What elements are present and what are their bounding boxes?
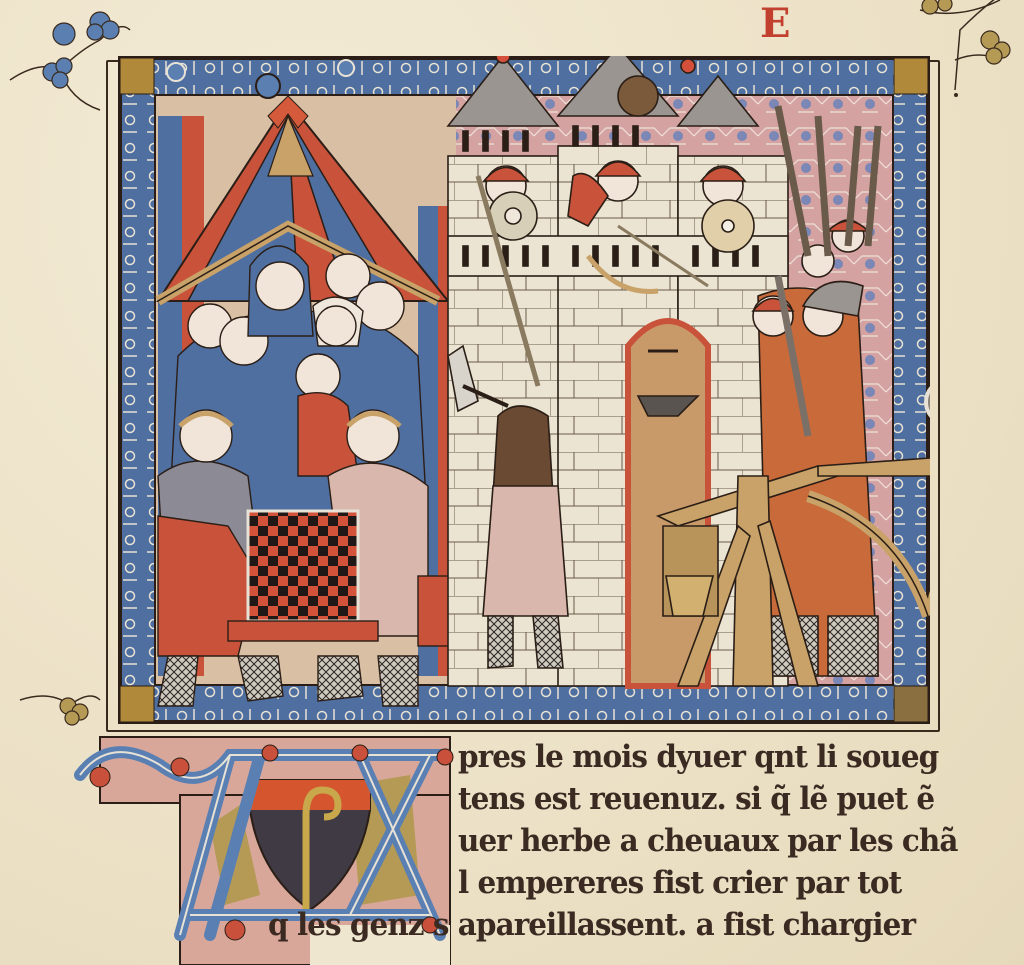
border-left <box>122 62 154 718</box>
text-line-3: uer herbe a cheuaux par les chã <box>458 820 952 862</box>
border-bottom <box>124 686 924 720</box>
border-right <box>894 62 926 718</box>
chessboard <box>248 511 358 621</box>
text-line-5: q les genz s apareillassent. a fist char… <box>268 904 943 946</box>
text-line-1: pres le mois dyuer qnt li soueg <box>458 736 952 778</box>
text-line-2: tens est reuenuz. si q̃ lẽ puet ẽ <box>458 778 952 820</box>
miniature <box>118 56 930 724</box>
text-column: pres le mois dyuer qnt li soueg tens est… <box>458 736 978 946</box>
chess-scene <box>156 60 458 706</box>
text-line-4: l empereres fist crier par tot <box>458 862 952 904</box>
